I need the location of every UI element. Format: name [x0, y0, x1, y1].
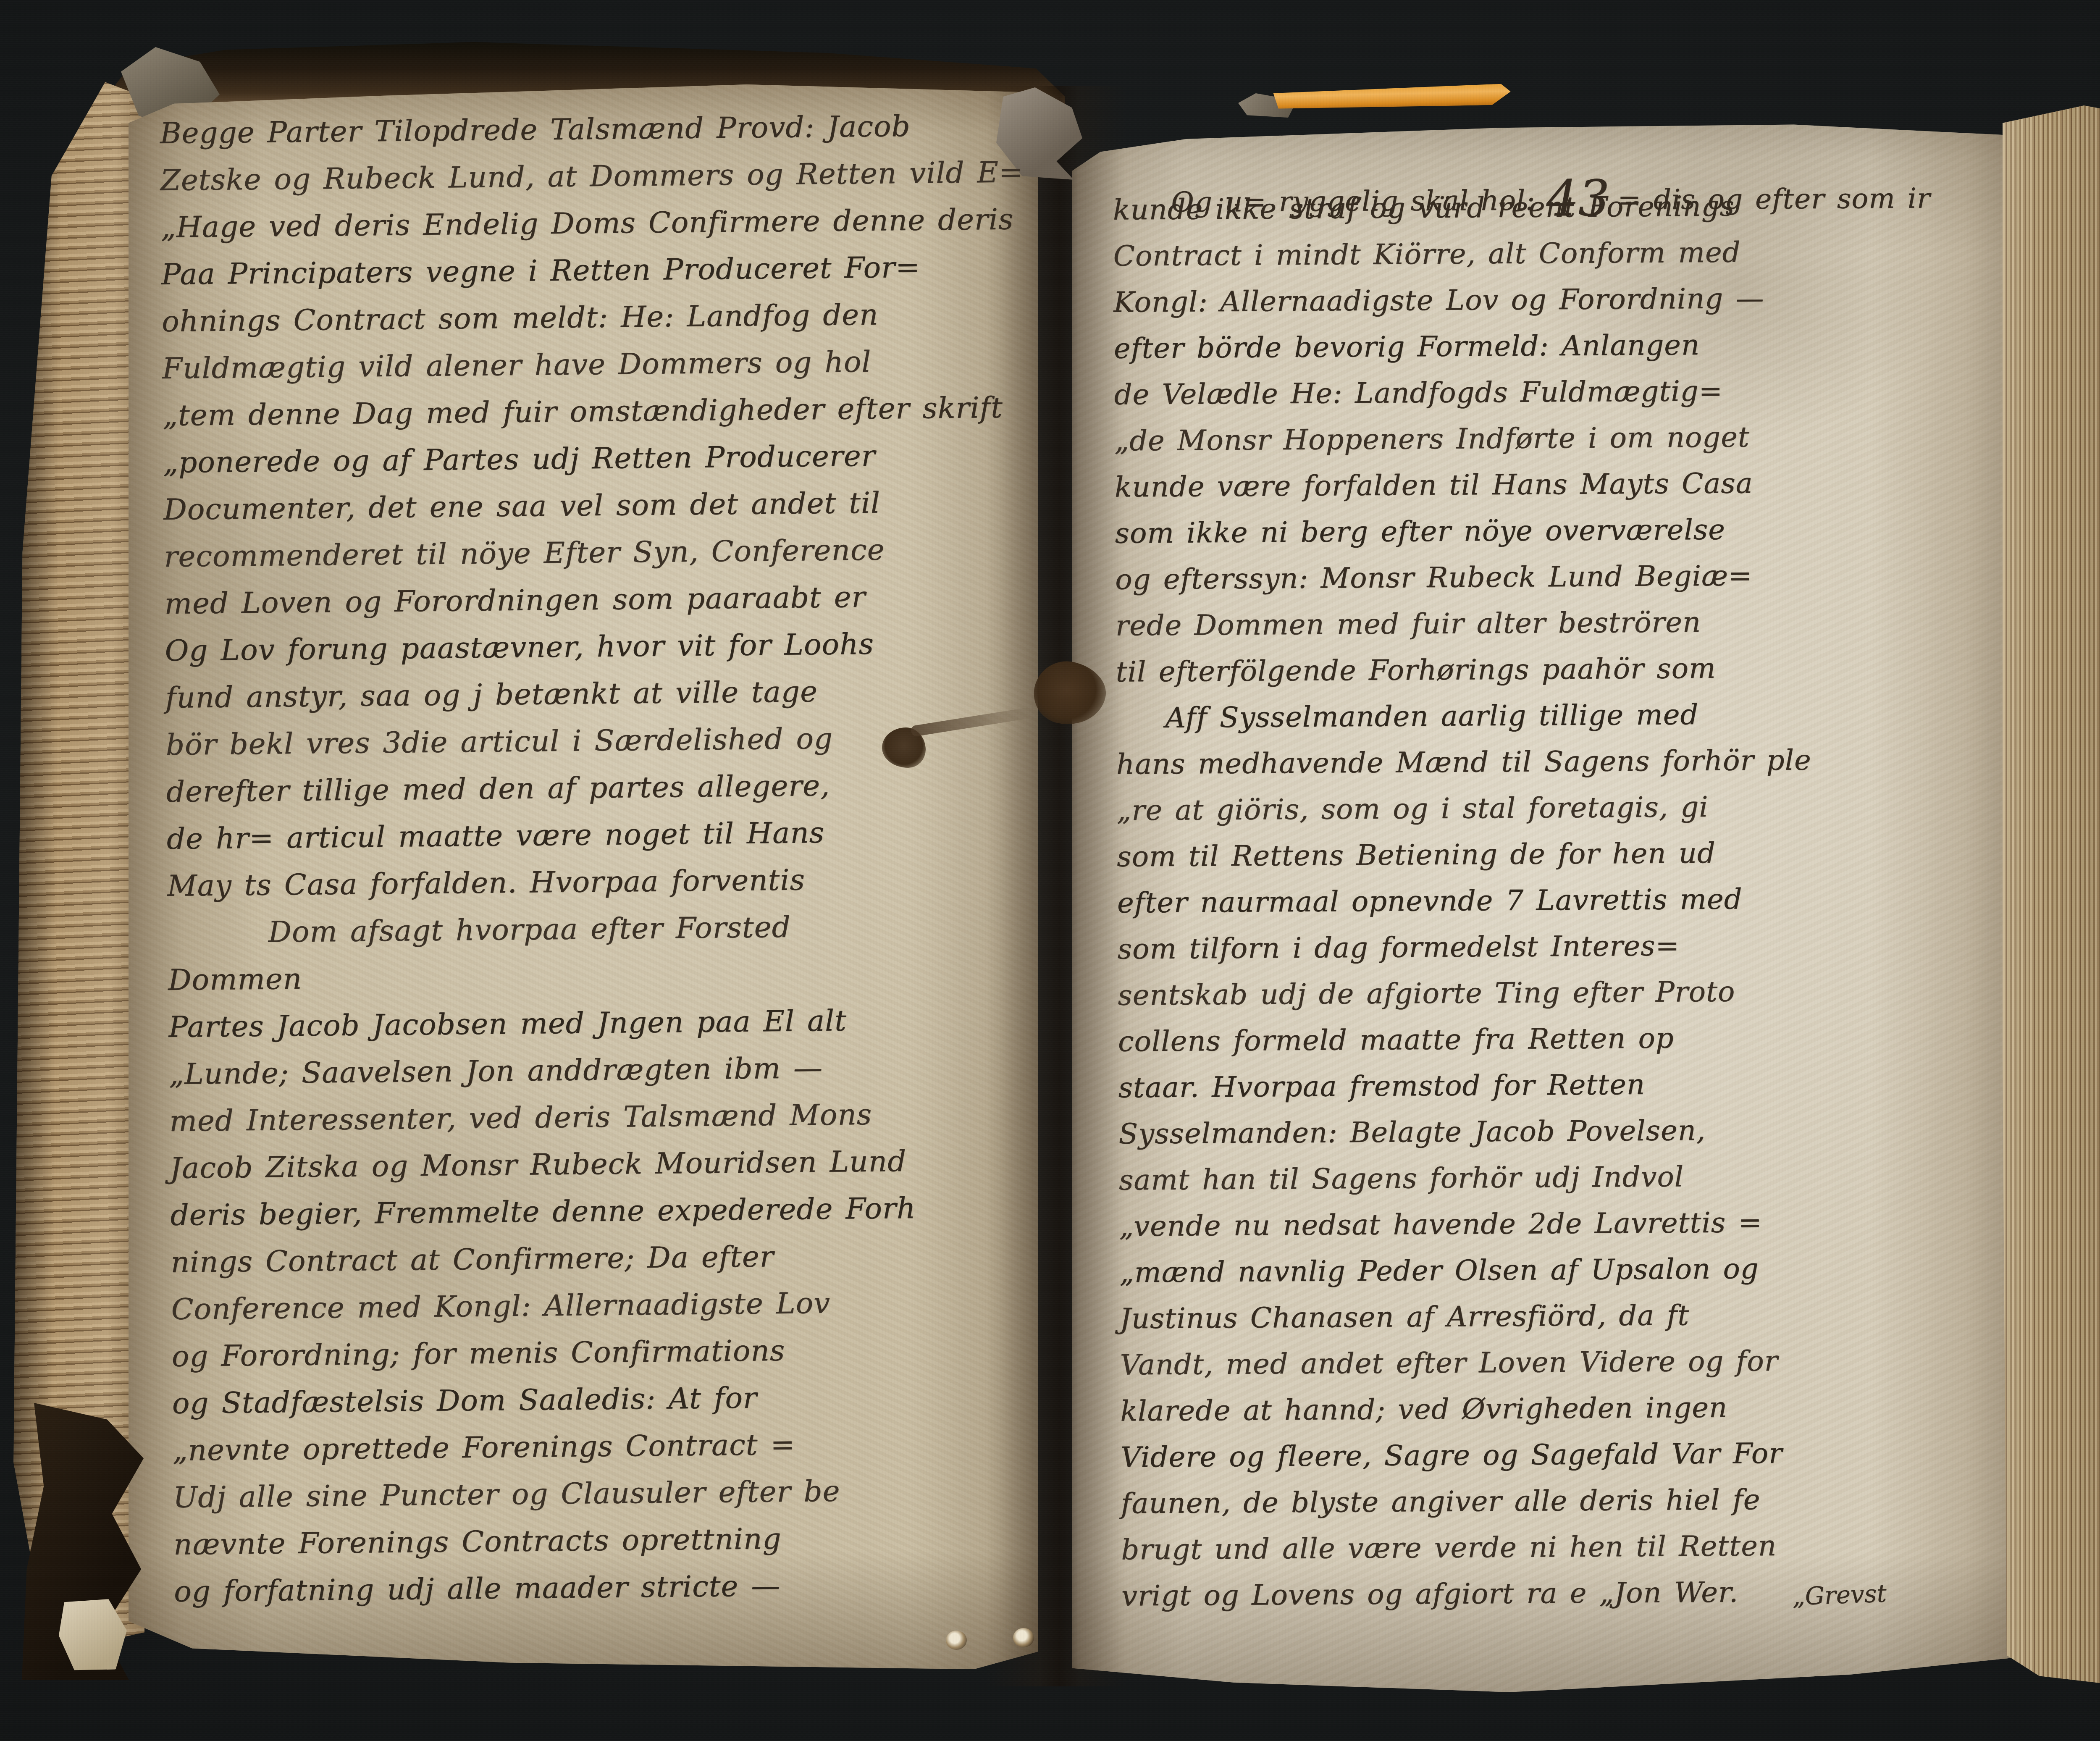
text-line: med Loven og Forordningen som paaraabt e…	[164, 572, 1030, 628]
text-line: fund anstyr, saa og j betænkt at ville t…	[165, 666, 1031, 722]
text-line: Zetske og Rubeck Lund, at Dommers og Ret…	[160, 149, 1026, 204]
text-line: og Stadfæstelsis Dom Saaledis: At for	[172, 1372, 1037, 1427]
text-line: kunde ikke straf og vürd reent Forenings	[1113, 181, 2010, 233]
text-line: Dommen	[168, 948, 1034, 1004]
text-line: som til Rettens Betiening de for hen ud	[1117, 828, 2014, 880]
text-line: „de Monsr Hoppeners Indførte i om noget	[1114, 412, 2011, 464]
text-line: ohnings Contract som meldt: He: Landfog …	[161, 290, 1027, 345]
text-line: deris begier, Fremmelte denne expederede…	[170, 1184, 1036, 1239]
binding-hole	[946, 1631, 967, 1650]
text-line: Kongl: Allernaadigste Lov og Forordning …	[1113, 274, 2011, 326]
text-line: Justinus Chanasen af Arresfiörd, da ft	[1120, 1290, 2017, 1342]
text-line: „ponerede og af Partes udj Retten Produc…	[163, 431, 1029, 486]
text-line: samt han til Sagens forhör udj Indvol	[1119, 1151, 2016, 1203]
text-line: rede Dommen med fuir alter beströren	[1116, 597, 2013, 649]
right-page-text: kunde ikke straf og vürd reent Forenings…	[1113, 181, 2018, 1636]
text-line: Partes Jacob Jacobsen med Jngen paa El a…	[168, 995, 1034, 1051]
text-line: „Hage ved deris Endelig Doms Confirmere …	[160, 196, 1026, 251]
text-line: derefter tillige med den af partes alleg…	[166, 760, 1032, 816]
text-line: hans medhavende Mænd til Sagens forhör p…	[1116, 735, 2013, 787]
text-line: og efterssyn: Monsr Rubeck Lund Begiæ=	[1115, 551, 2012, 602]
manuscript-photo: Begge Parter Tilopdrede Talsmænd Provd: …	[0, 0, 2100, 1741]
text-line: „mænd navnlig Peder Olsen af Upsalon og	[1119, 1244, 2016, 1295]
text-line: recommenderet til nöye Efter Syn, Confer…	[164, 525, 1029, 580]
catchword: „Grevst	[1792, 1575, 2012, 1628]
text-line: som tilforn i dag formedelst Interes=	[1117, 920, 2014, 972]
text-line: og Forordning; for menis Confirmations	[171, 1325, 1037, 1380]
text-line: efter börde bevorig Formeld: Anlangen	[1113, 320, 2011, 372]
text-line: „Lunde; Saavelsen Jon anddrægten ibm —	[169, 1042, 1034, 1098]
text-line: Documenter, det ene saa vel som det ande…	[163, 478, 1029, 533]
text-line: „re at giöris, som og i stal foretagis, …	[1116, 782, 2013, 833]
text-line: kunde være forfalden til Hans Mayts Casa	[1115, 458, 2012, 510]
text-line: Dom afsagt hvorpaa efter Forsted	[167, 901, 1033, 957]
text-line: Jacob Zitska og Monsr Rubeck Mouridsen L…	[170, 1137, 1035, 1192]
text-line: Og Lov forung paastævner, hvor vit for L…	[165, 619, 1030, 675]
text-line: „vende nu nedsat havende 2de Lavrettis =	[1119, 1197, 2016, 1249]
text-line: Sysselmanden: Belagte Jacob Povelsen,	[1118, 1105, 2016, 1157]
text-line: May ts Casa forfalden. Hvorpaa forventis	[167, 854, 1032, 910]
text-line: nævnte Forenings Contracts oprettning	[173, 1513, 1039, 1568]
text-line: Vandt, med andet efter Loven Videre og f…	[1120, 1336, 2017, 1388]
text-line: Fuldmægtig vild alener have Dommers og h…	[162, 337, 1028, 392]
text-line: Aff Sysselmanden aarlig tillige med	[1116, 689, 2013, 741]
text-line: Paa Principaters vegne i Retten Producer…	[161, 243, 1026, 298]
text-line: nings Contract at Confirmere; Da efter	[171, 1231, 1036, 1286]
bookmark-tab	[1273, 84, 1511, 110]
text-line: „tem denne Dag med fuir omstændigheder e…	[163, 384, 1028, 439]
text-line: klarede at hannd; ved Øvrigheden ingen	[1120, 1382, 2017, 1434]
text-line: Conference med Kongl: Allernaadigste Lov	[171, 1278, 1037, 1333]
binding-hole	[1013, 1628, 1034, 1647]
text-line: Udj alle sine Puncter og Clausuler efter…	[173, 1466, 1038, 1521]
text-line: collens formeld maatte fra Retten op	[1118, 1013, 2015, 1064]
text-line: og forfatning udj alle maader stricte —	[174, 1560, 1039, 1615]
text-line: Begge Parter Tilopdrede Talsmænd Provd: …	[160, 102, 1025, 157]
text-line: Videre og fleere, Sagre og Sagefald Var …	[1121, 1429, 2018, 1480]
text-line: de hr= articul maatte være noget til Han…	[166, 807, 1032, 863]
right-page-first-line: Og u= ryggelig skal hol:43= dis og efter…	[1122, 123, 2017, 191]
text-line: til efterfölgende Forhørings paahör som	[1116, 643, 2013, 695]
text-line: faunen, de blyste angiver alle deris hie…	[1121, 1475, 2018, 1526]
text-line: efter naurmaal opnevnde 7 Lavrettis med	[1117, 874, 2014, 926]
text-line: de Velædle He: Landfogds Fuldmægtig=	[1114, 366, 2011, 418]
left-page-text: Begge Parter Tilopdrede Talsmænd Provd: …	[160, 102, 1040, 1673]
text-line: sentskab udj de afgiorte Ting efter Prot…	[1118, 966, 2015, 1018]
text-line: som ikke ni berg efter nöye overværelse	[1115, 504, 2012, 556]
text-line: staar. Hvorpaa fremstod for Retten	[1118, 1059, 2015, 1111]
text-line: med Interessenter, ved deris Talsmænd Mo…	[169, 1090, 1035, 1145]
text-line: „nevnte oprettede Forenings Contract =	[172, 1419, 1038, 1474]
text-line: brugt und alle være verde ni hen til Ret…	[1121, 1521, 2018, 1573]
text-line: Contract i mindt Kiörre, alt Conform med	[1113, 228, 2010, 279]
